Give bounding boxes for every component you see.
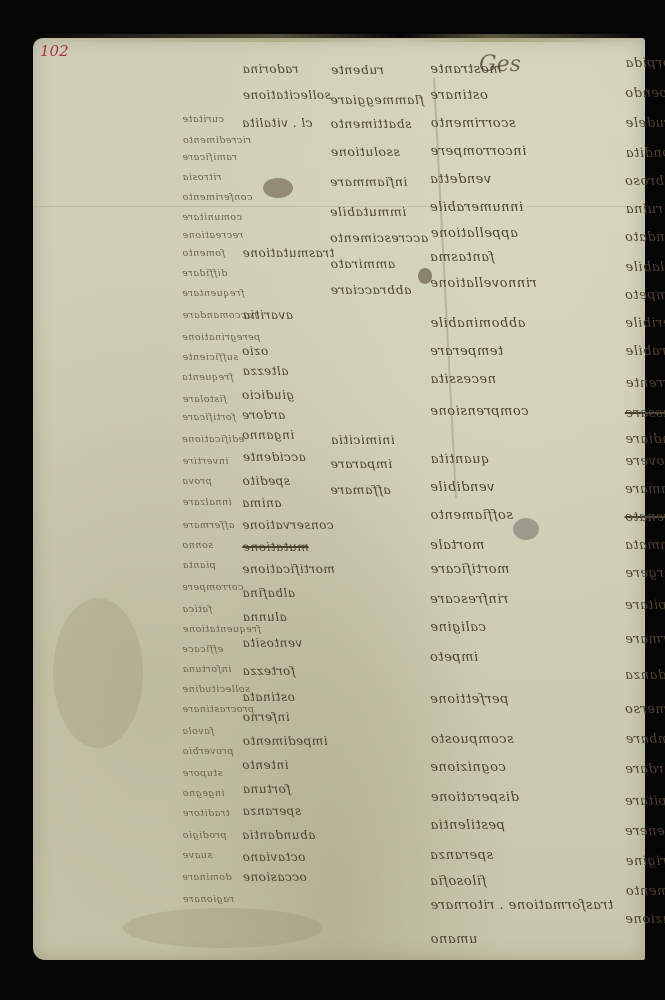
- handwritten-word: quantita: [430, 452, 489, 467]
- handwritten-word: flammeggiare: [330, 92, 424, 107]
- handwritten-word: stupore: [182, 768, 222, 779]
- handwritten-word: corrompere: [182, 582, 244, 593]
- handwritten-word: frequentare: [182, 288, 245, 299]
- handwritten-word: soffiamento: [430, 508, 513, 523]
- handwritten-word: rotondita: [625, 146, 665, 161]
- handwritten-word: impeto: [625, 288, 665, 303]
- handwritten-word: profondamento: [625, 884, 665, 899]
- handwritten-word: ragionare: [182, 894, 234, 905]
- handwritten-word: curitate: [182, 114, 224, 125]
- handwritten-word: ruina: [625, 202, 662, 217]
- handwritten-word: rubente: [330, 62, 383, 77]
- water-stain: [53, 598, 143, 748]
- handwritten-word: sfrondato: [625, 230, 665, 245]
- handwritten-word: ingegno: [182, 788, 224, 799]
- handwritten-word: abbracciare: [330, 282, 411, 297]
- handwritten-word: pestilentia: [430, 818, 505, 833]
- handwritten-word: precipitare: [625, 598, 665, 613]
- handwritten-word: accrescimento: [330, 230, 429, 245]
- handwritten-word: suave: [182, 850, 212, 861]
- handwritten-word: radorina: [242, 62, 298, 76]
- handwritten-word: umano: [430, 932, 477, 947]
- handwritten-word: occasione: [242, 870, 306, 884]
- handwritten-word: fantasma: [430, 250, 495, 265]
- handwritten-word: cl . vitalita: [242, 116, 313, 130]
- handwritten-word: fortuna: [242, 782, 290, 796]
- handwritten-word: infortuna: [182, 664, 231, 675]
- handwritten-word: fortezza: [242, 664, 295, 678]
- handwritten-word: albafina: [242, 586, 295, 600]
- handwritten-word: speranza: [430, 848, 494, 863]
- handwritten-word: bombardare: [625, 762, 665, 777]
- handwritten-word: innumerabile: [430, 200, 524, 215]
- handwritten-word: favolabile: [625, 260, 665, 275]
- handwritten-word: origine: [625, 854, 665, 869]
- handwritten-word: affermare: [625, 632, 665, 647]
- handwritten-word: conservatione: [242, 518, 334, 532]
- handwritten-word: incendiare: [625, 432, 665, 447]
- handwritten-word: impeto: [430, 650, 479, 665]
- handwritten-word: abbondanza: [625, 668, 665, 683]
- handwritten-word: prodigio: [182, 830, 226, 841]
- handwritten-word: torrente: [625, 376, 665, 391]
- handwritten-word: incorrompere: [430, 144, 526, 159]
- handwritten-word: mutatione: [242, 540, 308, 554]
- handwritten-word: fomento: [182, 248, 225, 259]
- handwritten-word: infiammare: [625, 482, 665, 497]
- handwritten-word: sollecitudine: [182, 684, 250, 695]
- handwritten-word: sostenere: [625, 824, 665, 839]
- handwritten-word: temperare: [430, 344, 504, 359]
- handwritten-word: pianta: [182, 560, 215, 571]
- handwritten-word: scompuosto: [430, 732, 513, 747]
- handwritten-word: disperatione: [430, 790, 518, 805]
- handwritten-word: sufficiente: [182, 352, 238, 363]
- handwritten-word: accidente: [242, 450, 305, 464]
- handwritten-word: commovere: [625, 454, 665, 469]
- handwritten-word: ramificare: [182, 152, 237, 163]
- handwritten-word: fistolare: [182, 394, 226, 405]
- handwritten-word: affermare: [182, 520, 234, 531]
- handwritten-word: innalzare: [182, 497, 231, 508]
- handwritten-word: peregrinatione: [182, 332, 261, 343]
- handwritten-word: precipitare: [625, 794, 665, 809]
- handwritten-word: filosofia: [430, 874, 487, 889]
- handwritten-word: scorrimento: [430, 116, 515, 131]
- handwritten-word: sommerso: [625, 702, 665, 717]
- handwritten-word: giudicio: [242, 388, 295, 402]
- handwritten-word: necessita: [430, 372, 496, 387]
- handwritten-word: sommergere: [625, 566, 665, 581]
- handwritten-word: edificatione: [182, 434, 245, 445]
- handwritten-word: diffidare: [182, 268, 228, 279]
- handwritten-word: intento: [242, 758, 289, 772]
- handwritten-word: sonno: [182, 540, 213, 551]
- handwritten-word: ombroso: [625, 174, 665, 189]
- handwritten-word: vendibile: [430, 480, 495, 495]
- handwritten-word: inimicitia: [330, 432, 394, 447]
- handwritten-word: vendetta: [430, 172, 492, 187]
- handwritten-word: ostinata: [242, 690, 295, 704]
- handwritten-word: caligine: [430, 620, 486, 635]
- handwritten-word: alunna: [242, 610, 286, 624]
- handwritten-word: trasformatione . ritornare: [430, 898, 613, 913]
- handwritten-word: fracassare: [625, 406, 665, 421]
- ink-smudge: [513, 518, 539, 540]
- handwritten-word: trasmutatione: [242, 246, 334, 260]
- handwritten-word: fortificare: [182, 412, 236, 423]
- handwritten-word: inoperabile: [625, 344, 665, 359]
- handwritten-word: ricredimento: [182, 135, 250, 146]
- handwritten-word: ribombare: [625, 732, 665, 747]
- handwritten-word: imparare: [330, 456, 392, 471]
- handwritten-word: sbattimento: [330, 116, 411, 131]
- handwritten-word: mortificare: [430, 562, 509, 577]
- handwritten-word: recreatione: [182, 230, 243, 241]
- handwritten-word: abbominabile: [430, 316, 525, 331]
- handwritten-word: immutabile: [330, 204, 407, 219]
- handwritten-word: prova: [182, 476, 212, 487]
- handwritten-word: inferibile: [625, 316, 665, 331]
- handwritten-word: anima: [242, 496, 282, 510]
- handwritten-word: stupendo: [625, 86, 665, 101]
- handwritten-word: formazione: [625, 912, 665, 927]
- handwritten-word: comprensione: [430, 404, 529, 419]
- handwritten-word: infiammata: [625, 538, 665, 553]
- handwritten-word: conferimento: [182, 192, 252, 203]
- handwritten-word: proverbio: [182, 746, 233, 757]
- handwritten-word: ritrosia: [182, 172, 221, 183]
- handwritten-word: ozio: [242, 344, 269, 358]
- water-stain: [123, 908, 323, 948]
- handwritten-word: altezza: [242, 364, 288, 378]
- handwritten-word: appellatione: [430, 226, 517, 241]
- handwritten-word: traditore: [182, 808, 229, 819]
- handwritten-word: comunitare: [182, 212, 242, 223]
- handwritten-word: sfrenato: [625, 510, 665, 525]
- handwritten-word: rinnovellatione: [430, 276, 537, 291]
- handwritten-word: impedimento: [242, 734, 327, 748]
- handwritten-word: favola: [182, 726, 214, 737]
- handwritten-word: abundantia: [242, 828, 316, 842]
- handwritten-word: frequenta: [182, 372, 234, 383]
- handwritten-word: inferno: [242, 710, 289, 724]
- handwritten-word: ventosita: [242, 636, 302, 650]
- handwritten-word: crudele: [625, 116, 665, 131]
- handwritten-word: inganno: [242, 428, 295, 442]
- handwritten-word: efficace: [182, 644, 224, 655]
- handwritten-word: perfettione: [430, 692, 509, 707]
- page-number: 102: [40, 42, 69, 60]
- handwritten-word: spedito: [242, 474, 290, 488]
- handwritten-word: radiotorpida: [625, 56, 665, 71]
- handwritten-word: ssolutione: [330, 144, 399, 159]
- handwritten-word: fatica: [182, 604, 212, 615]
- handwritten-word: sollecitatione: [242, 88, 330, 102]
- handwritten-word: octaviano: [242, 850, 305, 864]
- handwritten-word: infiammare: [330, 174, 408, 189]
- handwritten-word: ardore: [242, 408, 286, 422]
- handwritten-word: ostinare: [430, 88, 488, 103]
- handwritten-word: mortificatione: [242, 562, 335, 576]
- handwritten-word: frequentatione: [182, 624, 260, 635]
- handwritten-word: mortale: [430, 538, 485, 553]
- handwritten-word: ammirato: [330, 256, 395, 271]
- handwritten-word: invertire: [182, 456, 228, 467]
- handwritten-word: speranza: [242, 804, 301, 818]
- handwritten-word: affamare: [330, 482, 391, 497]
- handwritten-word: mostrante: [430, 62, 502, 77]
- handwritten-word: cognizione: [430, 760, 506, 775]
- handwritten-word: dominare: [182, 872, 232, 883]
- handwritten-word: avaritia: [242, 308, 292, 322]
- ink-stain: [263, 178, 293, 198]
- handwritten-word: rinfrescare: [430, 592, 509, 607]
